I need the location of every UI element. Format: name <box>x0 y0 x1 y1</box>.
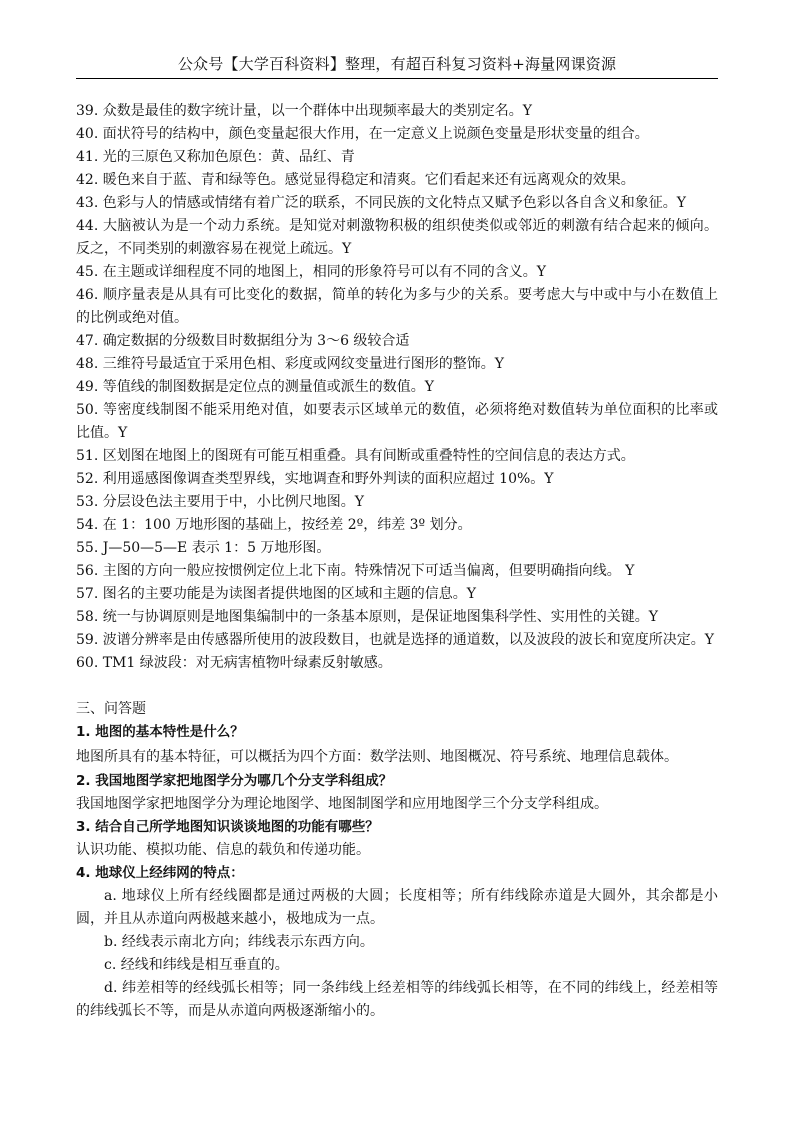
statement-55: 55. J—50—5—E 表示 1：5 万地形图。 <box>76 537 718 560</box>
question-4: 4. 地球仪上经纬网的特点： <box>76 862 718 885</box>
statement-53: 53. 分层设色法主要用于中，小比例尺地图。Y <box>76 491 718 514</box>
answer-3: 认识功能、模拟功能、信息的载负和传递功能。 <box>76 839 718 862</box>
statement-54: 54. 在 1：100 万地形图的基础上，按经差 2º，纬差 3º 划分。 <box>76 514 718 537</box>
statement-52: 52. 利用遥感图像调查类型界线，实地调查和野外判读的面积应超过 10%。Y <box>76 468 718 491</box>
section-title: 三、问答题 <box>76 698 718 721</box>
statement-49: 49. 等值线的制图数据是定位点的测量值或派生的数值。Y <box>76 376 718 399</box>
question-3: 3. 结合自己所学地图知识谈谈地图的功能有哪些？ <box>76 816 718 839</box>
statement-51: 51. 区划图在地图上的图斑有可能互相重叠。具有间断或重叠特性的空间信息的表达方… <box>76 445 718 468</box>
statement-59: 59. 波谱分辨率是由传感器所使用的波段数目，也就是选择的通道数，以及波段的波长… <box>76 629 718 652</box>
statement-56: 56. 主图的方向一般应按惯例定位上北下南。特殊情况下可适当偏离，但要明确指向线… <box>76 560 718 583</box>
statement-45: 45. 在主题或详细程度不同的地图上，相同的形象符号可以有不同的含义。Y <box>76 261 718 284</box>
statement-41: 41. 光的三原色又称加色原色：黄、品红、青 <box>76 146 718 169</box>
answer-4-point-a: a. 地球仪上所有经线圈都是通过两极的大圆；长度相等；所有纬线除赤道是大圆外，其… <box>76 885 718 931</box>
statement-57: 57. 图名的主要功能是为读图者提供地图的区域和主题的信息。Y <box>76 583 718 606</box>
answer-4-point-c: c. 经线和纬线是相互垂直的。 <box>76 954 718 977</box>
answer-4-point-d: d. 纬差相等的经线弧长相等；同一条纬线上经差相等的纬线弧长相等，在不同的纬线上… <box>76 977 718 1023</box>
document-body: 39. 众数是最佳的数字统计量，以一个群体中出现频率最大的类别定名。Y 40. … <box>76 100 718 1023</box>
statement-44: 44. 大脑被认为是一个动力系统。是知觉对刺激物积极的组织使类似或邻近的刺激有结… <box>76 215 718 261</box>
statement-46: 46. 顺序量表是从具有可比变化的数据，简单的转化为多与少的关系。要考虑大与中或… <box>76 284 718 330</box>
header-divider <box>76 78 718 79</box>
statement-list: 39. 众数是最佳的数字统计量，以一个群体中出现频率最大的类别定名。Y 40. … <box>76 100 718 675</box>
statement-60: 60. TM1 绿波段：对无病害植物叶绿素反射敏感。 <box>76 652 718 675</box>
statement-48: 48. 三维符号最适宜于采用色相、彩度或网纹变量进行图形的整饰。Y <box>76 353 718 376</box>
spacer <box>76 675 718 698</box>
page-header: 公众号【大学百科资料】整理，有超百科复习资料+海量网课资源 <box>76 54 718 74</box>
statement-50: 50. 等密度线制图不能采用绝对值，如要表示区域单元的数值，必须将绝对数值转为单… <box>76 399 718 445</box>
answer-1: 地图所具有的基本特征，可以概括为四个方面：数学法则、地图概况、符号系统、地理信息… <box>76 744 718 770</box>
statement-47: 47. 确定数据的分级数目时数据组分为 3～6 级较合适 <box>76 330 718 353</box>
statement-42: 42. 暖色来自于蓝、青和绿等色。感觉显得稳定和清爽。它们看起来还有远离观众的效… <box>76 169 718 192</box>
statement-40: 40. 面状符号的结构中，颜色变量起很大作用，在一定意义上说颜色变量是形状变量的… <box>76 123 718 146</box>
answer-2: 我国地图学家把地图学分为理论地图学、地图制图学和应用地图学三个分支学科组成。 <box>76 793 718 816</box>
question-1: 1. 地图的基本特性是什么？ <box>76 721 718 744</box>
qa-section: 三、问答题 1. 地图的基本特性是什么？ 地图所具有的基本特征，可以概括为四个方… <box>76 698 718 1023</box>
question-2: 2. 我国地图学家把地图学分为哪几个分支学科组成？ <box>76 770 718 793</box>
statement-43: 43. 色彩与人的情感或情绪有着广泛的联系，不同民族的文化特点又赋予色彩以各自含… <box>76 192 718 215</box>
statement-39: 39. 众数是最佳的数字统计量，以一个群体中出现频率最大的类别定名。Y <box>76 100 718 123</box>
statement-58: 58. 统一与协调原则是地图集编制中的一条基本原则，是保证地图集科学性、实用性的… <box>76 606 718 629</box>
answer-4-point-b: b. 经线表示南北方向；纬线表示东西方向。 <box>76 931 718 954</box>
